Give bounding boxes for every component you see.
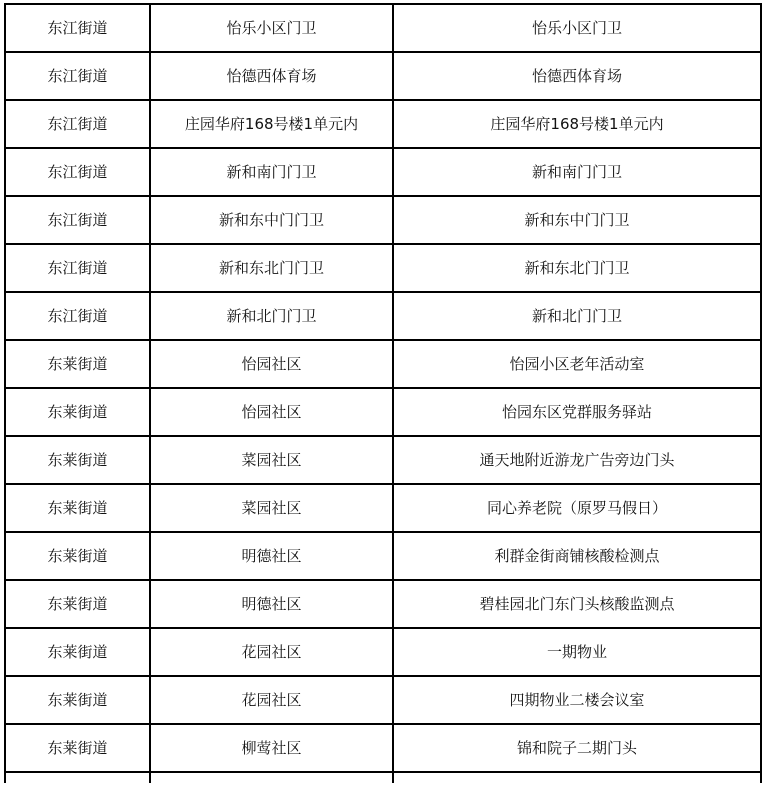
community-cell: 怡园社区 [150,388,393,436]
table-row: 东莱街道 怡园社区 怡园小区老年活动室 [5,340,761,388]
table-row: 东江街道 怡乐小区门卫 怡乐小区门卫 [5,4,761,52]
table-row: 东江街道 新和东中门门卫 新和东中门门卫 [5,196,761,244]
site-cell: 怡园小区老年活动室 [393,340,761,388]
site-cell: 新和南门门卫 [393,148,761,196]
street-cell: 东莱街道 [5,580,150,628]
street-cell: 东莱街道 [5,628,150,676]
site-cell: 同心养老院（原罗马假日） [393,484,761,532]
table-row-partial [5,772,761,783]
community-cell [150,772,393,783]
community-cell: 柳莺社区 [150,724,393,772]
street-cell: 东江街道 [5,244,150,292]
community-cell: 怡德西体育场 [150,52,393,100]
community-cell: 花园社区 [150,628,393,676]
site-cell: 四期物业二楼会议室 [393,676,761,724]
table-row: 东莱街道 花园社区 一期物业 [5,628,761,676]
street-cell: 东江街道 [5,100,150,148]
street-cell: 东莱街道 [5,724,150,772]
site-cell: 新和东北门门卫 [393,244,761,292]
street-cell: 东莱街道 [5,532,150,580]
site-cell: 新和东中门门卫 [393,196,761,244]
site-cell: 利群金街商铺核酸检测点 [393,532,761,580]
community-cell: 怡乐小区门卫 [150,4,393,52]
community-cell: 菜园社区 [150,484,393,532]
site-cell: 碧桂园北门东门头核酸监测点 [393,580,761,628]
community-cell: 菜园社区 [150,436,393,484]
table-row: 东莱街道 菜园社区 通天地附近游龙广告旁边门头 [5,436,761,484]
community-cell: 庄园华府168号楼1单元内 [150,100,393,148]
site-cell: 锦和院子二期门头 [393,724,761,772]
table-row: 东江街道 庄园华府168号楼1单元内 庄园华府168号楼1单元内 [5,100,761,148]
site-cell [393,772,761,783]
street-cell: 东江街道 [5,292,150,340]
community-cell: 新和东中门门卫 [150,196,393,244]
community-cell: 新和北门门卫 [150,292,393,340]
site-cell: 怡乐小区门卫 [393,4,761,52]
community-cell: 新和东北门门卫 [150,244,393,292]
street-cell: 东江街道 [5,148,150,196]
street-cell: 东江街道 [5,196,150,244]
community-cell: 明德社区 [150,532,393,580]
street-cell: 东莱街道 [5,340,150,388]
table-row: 东莱街道 明德社区 利群金街商铺核酸检测点 [5,532,761,580]
street-cell: 东莱街道 [5,676,150,724]
street-cell: 东江街道 [5,52,150,100]
site-cell: 新和北门门卫 [393,292,761,340]
site-cell: 怡园东区党群服务驿站 [393,388,761,436]
table-row: 东江街道 新和北门门卫 新和北门门卫 [5,292,761,340]
street-cell: 东莱街道 [5,388,150,436]
site-cell: 怡德西体育场 [393,52,761,100]
street-cell [5,772,150,783]
table-row: 东莱街道 菜园社区 同心养老院（原罗马假日） [5,484,761,532]
table-row: 东江街道 新和东北门门卫 新和东北门门卫 [5,244,761,292]
street-cell: 东江街道 [5,4,150,52]
site-cell: 通天地附近游龙广告旁边门头 [393,436,761,484]
community-cell: 怡园社区 [150,340,393,388]
street-cell: 东莱街道 [5,484,150,532]
table-row: 东莱街道 柳莺社区 锦和院子二期门头 [5,724,761,772]
table-row: 东江街道 新和南门门卫 新和南门门卫 [5,148,761,196]
street-cell: 东莱街道 [5,436,150,484]
table-row: 东莱街道 怡园社区 怡园东区党群服务驿站 [5,388,761,436]
table-row: 东莱街道 花园社区 四期物业二楼会议室 [5,676,761,724]
testing-sites-table-container: 东江街道 怡乐小区门卫 怡乐小区门卫 东江街道 怡德西体育场 怡德西体育场 东江… [4,3,760,783]
community-cell: 花园社区 [150,676,393,724]
testing-sites-table: 东江街道 怡乐小区门卫 怡乐小区门卫 东江街道 怡德西体育场 怡德西体育场 东江… [4,3,762,783]
site-cell: 一期物业 [393,628,761,676]
table-row: 东江街道 怡德西体育场 怡德西体育场 [5,52,761,100]
table-row: 东莱街道 明德社区 碧桂园北门东门头核酸监测点 [5,580,761,628]
community-cell: 新和南门门卫 [150,148,393,196]
site-cell: 庄园华府168号楼1单元内 [393,100,761,148]
community-cell: 明德社区 [150,580,393,628]
